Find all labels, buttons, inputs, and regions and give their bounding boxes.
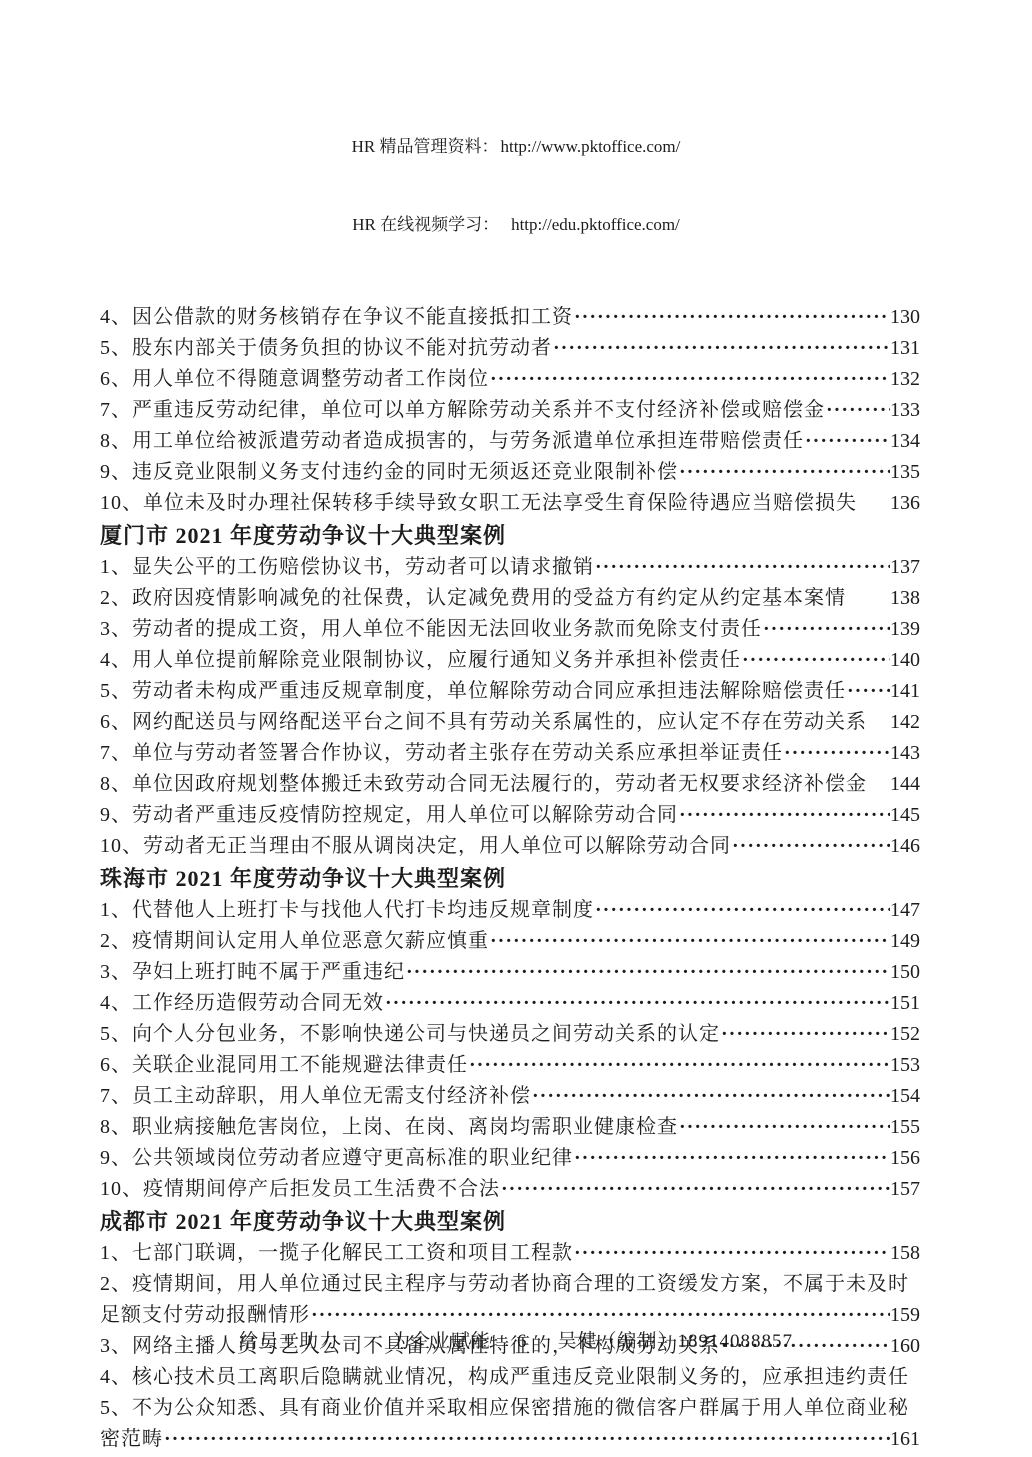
toc-entry[interactable]: 5、股东内部关于债务负担的协议不能对抗劳动者131 [100,333,920,364]
toc-entry[interactable]: 8、职业病接触危害岗位，上岗、在岗、离岗均需职业健康检查155 [100,1112,920,1143]
toc-entry[interactable]: 6、用人单位不得随意调整劳动者工作岗位132 [100,364,920,395]
toc-entry-text: 9、公共领域岗位劳动者应遵守更高标准的职业纪律 [100,1143,573,1174]
header-line-resources: HR 精品管理资料：http://www.pktoffice.com/ [0,134,1032,160]
toc-page-number: 155 [890,1112,920,1143]
toc-entry-text: 9、违反竞业限制义务支付违约金的同时无须返还竞业限制补偿 [100,457,678,488]
dot-leader [678,1112,890,1143]
toc-entry-text: 10、疫情期间停产后拒发员工生活费不合法 [100,1174,500,1205]
toc-entry[interactable]: 足额支付劳动报酬情形159 [100,1300,920,1331]
dot-leader [310,1300,890,1331]
toc-page-number: 131 [890,333,920,364]
dot-leader [573,1238,890,1269]
toc-entry-text: 4、用人单位提前解除竞业限制协议，应履行通知义务并承担补偿责任 [100,645,741,676]
dot-leader [741,645,890,676]
table-of-contents: 4、因公借款的财务核销存在争议不能直接抵扣工资1305、股东内部关于债务负担的协… [100,302,920,1455]
section-heading: 厦门市 2021 年度劳动争议十大典型案例 [100,519,920,552]
toc-entry-text: 3、孕妇上班打盹不属于严重违纪 [100,957,405,988]
toc-entry-text: 1、七部门联调，一揽子化解民工工资和项目工程款 [100,1238,573,1269]
toc-entry[interactable]: 1、显失公平的工伤赔偿协议书，劳动者可以请求撤销137 [100,552,920,583]
toc-entry-text: 2、疫情期间认定用人单位恶意欠薪应慎重 [100,926,489,957]
dot-leader [163,1424,890,1455]
dot-leader [531,1081,890,1112]
toc-entry-text: 5、劳动者未构成严重违反规章制度，单位解除劳动合同应承担违法解除赔偿责任 [100,676,846,707]
toc-entry[interactable]: 8、用工单位给被派遣劳动者造成损害的，与劳务派遣单位承担连带赔偿责任134 [100,426,920,457]
toc-page-number: 144 [890,769,920,800]
toc-entry[interactable]: 9、公共领域岗位劳动者应遵守更高标准的职业纪律156 [100,1143,920,1174]
toc-entry[interactable]: 4、因公借款的财务核销存在争议不能直接抵扣工资130 [100,302,920,333]
toc-entry[interactable]: 7、单位与劳动者签署合作协议，劳动者主张存在劳动关系应承担举证责任143 [100,738,920,769]
toc-entry-text: 8、单位因政府规划整体搬迁未致劳动合同无法履行的，劳动者无权要求经济补偿金 [100,769,867,800]
section-heading: 珠海市 2021 年度劳动争议十大典型案例 [100,862,920,895]
toc-entry[interactable]: 7、员工主动辞职，用人单位无需支付经济补偿154 [100,1081,920,1112]
document-footer: 给员工助力 为企业赋能 6 吴健（编制）18914088857 [0,1328,1032,1356]
toc-page-number: 146 [890,831,920,862]
toc-entry-text: 7、严重违反劳动纪律，单位可以单方解除劳动关系并不支付经济补偿或赔偿金 [100,395,825,426]
toc-page-number: 132 [890,364,920,395]
document-page: HR 精品管理资料：http://www.pktoffice.com/ HR 在… [0,0,1032,1457]
toc-page-number: 154 [890,1081,920,1112]
dot-leader [594,895,890,926]
toc-entry[interactable]: 8、单位因政府规划整体搬迁未致劳动合同无法履行的，劳动者无权要求经济补偿金144 [100,769,920,800]
toc-entry[interactable]: 10、劳动者无正当理由不服从调岗决定，用人单位可以解除劳动合同146 [100,831,920,862]
dot-leader [783,738,890,769]
section-heading: 成都市 2021 年度劳动争议十大典型案例 [100,1205,920,1238]
toc-entry[interactable]: 5、劳动者未构成严重违反规章制度，单位解除劳动合同应承担违法解除赔偿责任141 [100,676,920,707]
dot-leader [500,1174,890,1205]
toc-page-number: 145 [890,800,920,831]
dot-leader [678,457,890,488]
dot-leader [720,1019,890,1050]
toc-page-number: 159 [890,1300,920,1331]
toc-entry-text: 7、员工主动辞职，用人单位无需支付经济补偿 [100,1081,531,1112]
dot-leader [405,957,890,988]
toc-entry[interactable]: 3、孕妇上班打盹不属于严重违纪150 [100,957,920,988]
toc-page-number: 134 [890,426,920,457]
dot-leader [468,1050,890,1081]
toc-page-number: 156 [890,1143,920,1174]
toc-page-number: 138 [890,583,920,614]
toc-page-number: 136 [890,488,920,519]
toc-entry[interactable]: 5、向个人分包业务，不影响快递公司与快递员之间劳动关系的认定152 [100,1019,920,1050]
toc-entry[interactable]: 2、疫情期间，用人单位通过民主程序与劳动者协商合理的工资缓发方案，不属于未及时 [100,1269,920,1300]
document-header: HR 精品管理资料：http://www.pktoffice.com/ HR 在… [0,0,1032,290]
toc-entry-text: 7、单位与劳动者签署合作协议，劳动者主张存在劳动关系应承担举证责任 [100,738,783,769]
dot-leader [731,831,890,862]
dot-leader [552,333,890,364]
toc-entry[interactable]: 6、关联企业混同用工不能规避法律责任153 [100,1050,920,1081]
dot-leader [573,1143,890,1174]
dot-leader [573,302,890,333]
toc-page-number: 147 [890,895,920,926]
dot-leader [804,426,890,457]
header-resources-url[interactable]: http://www.pktoffice.com/ [500,137,680,156]
toc-entry[interactable]: 4、工作经历造假劳动合同无效151 [100,988,920,1019]
toc-entry-text: 足额支付劳动报酬情形 [100,1300,310,1331]
dot-leader [384,988,890,1019]
toc-entry-text: 4、因公借款的财务核销存在争议不能直接抵扣工资 [100,302,573,333]
toc-entry-text: 3、劳动者的提成工资，用人单位不能因无法回收业务款而免除支付责任 [100,614,762,645]
toc-page-number: 140 [890,645,920,676]
footer-author: 吴健（编制）18914088857 [558,1328,794,1356]
toc-entry[interactable]: 2、政府因疫情影响减免的社保费，认定减免费用的受益方有约定从约定基本案情138 [100,583,920,614]
toc-entry-text: 9、劳动者严重违反疫情防控规定，用人单位可以解除劳动合同 [100,800,678,831]
toc-entry[interactable]: 9、违反竞业限制义务支付违约金的同时无须返还竞业限制补偿135 [100,457,920,488]
toc-entry-text: 10、单位未及时办理社保转移手续导致女职工无法享受生育保险待遇应当赔偿损失 [100,488,857,519]
toc-page-number: 161 [890,1424,920,1455]
toc-page-number: 141 [890,676,920,707]
dot-leader [825,395,890,426]
toc-entry-text: 2、政府因疫情影响减免的社保费，认定减免费用的受益方有约定从约定基本案情 [100,583,846,614]
toc-entry-text: 8、职业病接触危害岗位，上岗、在岗、离岗均需职业健康检查 [100,1112,678,1143]
toc-page-number: 150 [890,957,920,988]
toc-entry-text: 4、核心技术员工离职后隐瞒就业情况，构成严重违反竞业限制义务的，应承担违约责任 [100,1362,909,1393]
toc-page-number: 139 [890,614,920,645]
toc-page-number: 142 [890,707,920,738]
toc-entry-text: 2、疫情期间，用人单位通过民主程序与劳动者协商合理的工资缓发方案，不属于未及时 [100,1269,909,1300]
dot-leader [846,676,890,707]
toc-entry-text: 5、股东内部关于债务负担的协议不能对抗劳动者 [100,333,552,364]
toc-page-number: 153 [890,1050,920,1081]
toc-entry-text: 6、关联企业混同用工不能规避法律责任 [100,1050,468,1081]
dot-leader [678,800,890,831]
toc-entry[interactable]: 密范畴161 [100,1424,920,1455]
toc-page-number: 143 [890,738,920,769]
header-line-learning: HR 在线视频学习：http://edu.pktoffice.com/ [0,212,1032,238]
toc-entry[interactable]: 4、用人单位提前解除竞业限制协议，应履行通知义务并承担补偿责任140 [100,645,920,676]
footer-motto-1: 给员工助力 [239,1328,339,1356]
toc-page-number: 135 [890,457,920,488]
toc-entry-text: 8、用工单位给被派遣劳动者造成损害的，与劳务派遣单位承担连带赔偿责任 [100,426,804,457]
toc-entry-text: 6、用人单位不得随意调整劳动者工作岗位 [100,364,489,395]
toc-entry[interactable]: 1、代替他人上班打卡与找他人代打卡均违反规章制度147 [100,895,920,926]
dot-leader [489,926,890,957]
toc-entry[interactable]: 3、劳动者的提成工资，用人单位不能因无法回收业务款而免除支付责任139 [100,614,920,645]
toc-entry-text: 4、工作经历造假劳动合同无效 [100,988,384,1019]
dot-leader [489,364,890,395]
toc-page-number: 130 [890,302,920,333]
dot-leader [594,552,890,583]
toc-entry[interactable]: 4、核心技术员工离职后隐瞒就业情况，构成严重违反竞业限制义务的，应承担违约责任 [100,1362,920,1393]
toc-page-number: 151 [890,988,920,1019]
toc-page-number: 158 [890,1238,920,1269]
toc-page-number: 149 [890,926,920,957]
toc-page-number: 137 [890,552,920,583]
dot-leader [762,614,890,645]
toc-entry[interactable]: 10、疫情期间停产后拒发员工生活费不合法157 [100,1174,920,1205]
toc-entry[interactable]: 2、疫情期间认定用人单位恶意欠薪应慎重149 [100,926,920,957]
toc-entry-text: 5、不为公众知悉、具有商业价值并采取相应保密措施的微信客户群属于用人单位商业秘 [100,1393,909,1424]
toc-entry-text: 6、网约配送员与网络配送平台之间不具有劳动关系属性的，应认定不存在劳动关系 [100,707,867,738]
toc-entry[interactable]: 9、劳动者严重违反疫情防控规定，用人单位可以解除劳动合同145 [100,800,920,831]
toc-entry-text: 10、劳动者无正当理由不服从调岗决定，用人单位可以解除劳动合同 [100,831,731,862]
toc-entry[interactable]: 6、网约配送员与网络配送平台之间不具有劳动关系属性的，应认定不存在劳动关系142 [100,707,920,738]
header-learning-label: HR 在线视频学习： [352,215,499,234]
toc-page-number: 133 [890,395,920,426]
toc-entry-text: 5、向个人分包业务，不影响快递公司与快递员之间劳动关系的认定 [100,1019,720,1050]
toc-entry-text: 1、代替他人上班打卡与找他人代打卡均违反规章制度 [100,895,594,926]
toc-entry[interactable]: 1、七部门联调，一揽子化解民工工资和项目工程款158 [100,1238,920,1269]
toc-page-number: 157 [890,1174,920,1205]
footer-motto-2: 为企业赋能 [391,1328,491,1356]
toc-page-number: 152 [890,1019,920,1050]
toc-entry[interactable]: 7、严重违反劳动纪律，单位可以单方解除劳动关系并不支付经济补偿或赔偿金133 [100,395,920,426]
toc-entry-text: 密范畴 [100,1424,163,1455]
toc-entry-text: 1、显失公平的工伤赔偿协议书，劳动者可以请求撤销 [100,552,594,583]
toc-entry[interactable]: 10、单位未及时办理社保转移手续导致女职工无法享受生育保险待遇应当赔偿损失136 [100,488,920,519]
header-learning-url[interactable]: http://edu.pktoffice.com/ [511,215,680,234]
footer-page-number: 6 [517,1328,528,1356]
toc-entry[interactable]: 5、不为公众知悉、具有商业价值并采取相应保密措施的微信客户群属于用人单位商业秘 [100,1393,920,1424]
header-resources-label: HR 精品管理资料： [352,137,499,156]
